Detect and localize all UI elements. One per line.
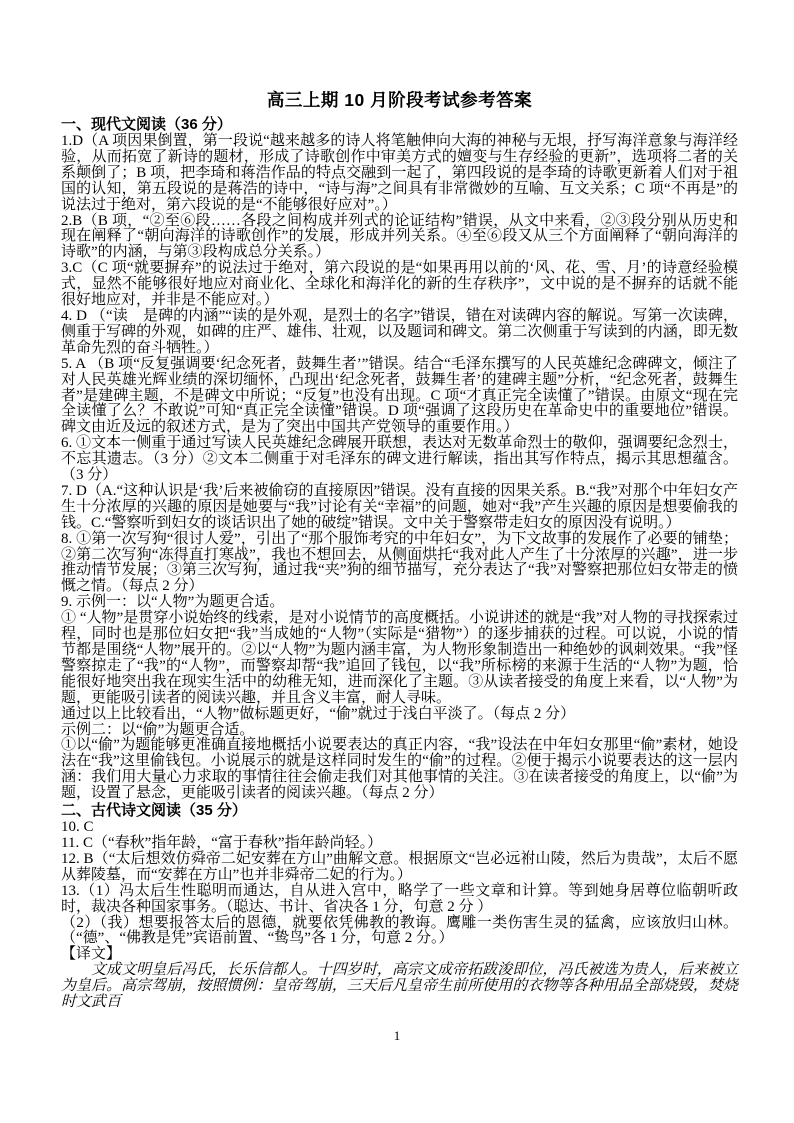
answer-item-13-part-1: 13.（1）冯太后生性聪明而通达，自从进入宫中，略学了一些文章和计算。等到她身居… (61, 884, 738, 916)
document-page: 高三上期 10 月阶段考试参考答案 一、现代文阅读（36 分） 1.D（A 项因… (0, 0, 794, 1123)
answer-item-10: 10. C (61, 820, 738, 836)
answer-item-9-example-1-title: 9. 示例一：以“人物”为题更合适。 (61, 595, 738, 611)
answer-item-9-example-1-conclusion: 通过以上比较看出，“人物”做标题更好，“偷”就过于浅白平淡了。（每点 2 分） (61, 707, 738, 723)
answer-item-9-example-2-body: ①以“偷”为题能够更准确直接地概括小说要表达的真正内容，“我”设法在中年妇女那里… (61, 738, 738, 802)
page-number: 1 (0, 1028, 794, 1043)
answer-item-4: 4. D （“读 是碑的内涵”“读的是外观，是烈士的名字”错误，错在对读碑内容的… (61, 309, 738, 357)
section-2-heading: 二、古代诗文阅读（35 分） (61, 802, 738, 820)
answer-item-13-part-2: （2）（我）想要报答太后的恩德，就要依凭佛教的教诲。鹰雕一类伤害生灵的猛禽，应该… (61, 916, 738, 948)
answer-item-1: 1.D（A 项因果倒置，第一段说“越来越多的诗人将笔触伸向大海的神秘与无垠，抒写… (61, 134, 738, 214)
answer-item-7: 7. D（A.“这种认识是‘我’后来被偷窃的直接原因”错误。没有直接的因果关系。… (61, 484, 738, 532)
answer-item-5: 5. A （B 项“反复强调要‘纪念死者，鼓舞生者’”错误。结合“毛泽东撰写的人… (61, 357, 738, 437)
answer-item-3: 3.C（C 项“就要摒弃”的说法过于绝对，第六段说的是“如果再用以前的‘风、花、… (61, 261, 738, 309)
answer-item-8: 8. ①第一次写狗“很讨人爱”，引出了“那个服饰考究的中年妇女”，为下文故事的发… (61, 532, 738, 596)
translation-label: 【译文】 (61, 947, 738, 963)
answer-item-6: 6. ①文本一侧重于通过写读人民英雄纪念碑展开联想，表达对无数革命烈士的敬仰，强… (61, 436, 738, 484)
section-1-heading: 一、现代文阅读（36 分） (61, 116, 738, 134)
page-title: 高三上期 10 月阶段考试参考答案 (61, 90, 738, 111)
answer-item-12: 12. B（“太后想效仿舜帝二妃安葬在方山”曲解文意。根据原文“岂必远祔山陵，然… (61, 852, 738, 884)
answer-item-11: 11. C（“春秋”指年龄，“富于春秋”指年龄尚轻。） (61, 836, 738, 852)
translation-body: 文成文明皇后冯氏，长乐信都人。十四岁时，高宗文成帝拓跋浚即位，冯氏被选为贵人，后… (61, 963, 738, 1011)
answer-item-9-example-1-body: ① “人物”是贯穿小说始终的线索，是对小说情节的高度概括。小说讲述的就是“我”对… (61, 611, 738, 706)
section-classical-reading: 二、古代诗文阅读（35 分） 10. C 11. C（“春秋”指年龄，“富于春秋… (61, 802, 738, 1011)
answer-item-2: 2.B（B 项，“②至⑥段……各段之间构成并列式的论证结构”错误，从文中来看，②… (61, 214, 738, 262)
section-modern-reading: 一、现代文阅读（36 分） 1.D（A 项因果倒置，第一段说“越来越多的诗人将笔… (61, 116, 738, 802)
